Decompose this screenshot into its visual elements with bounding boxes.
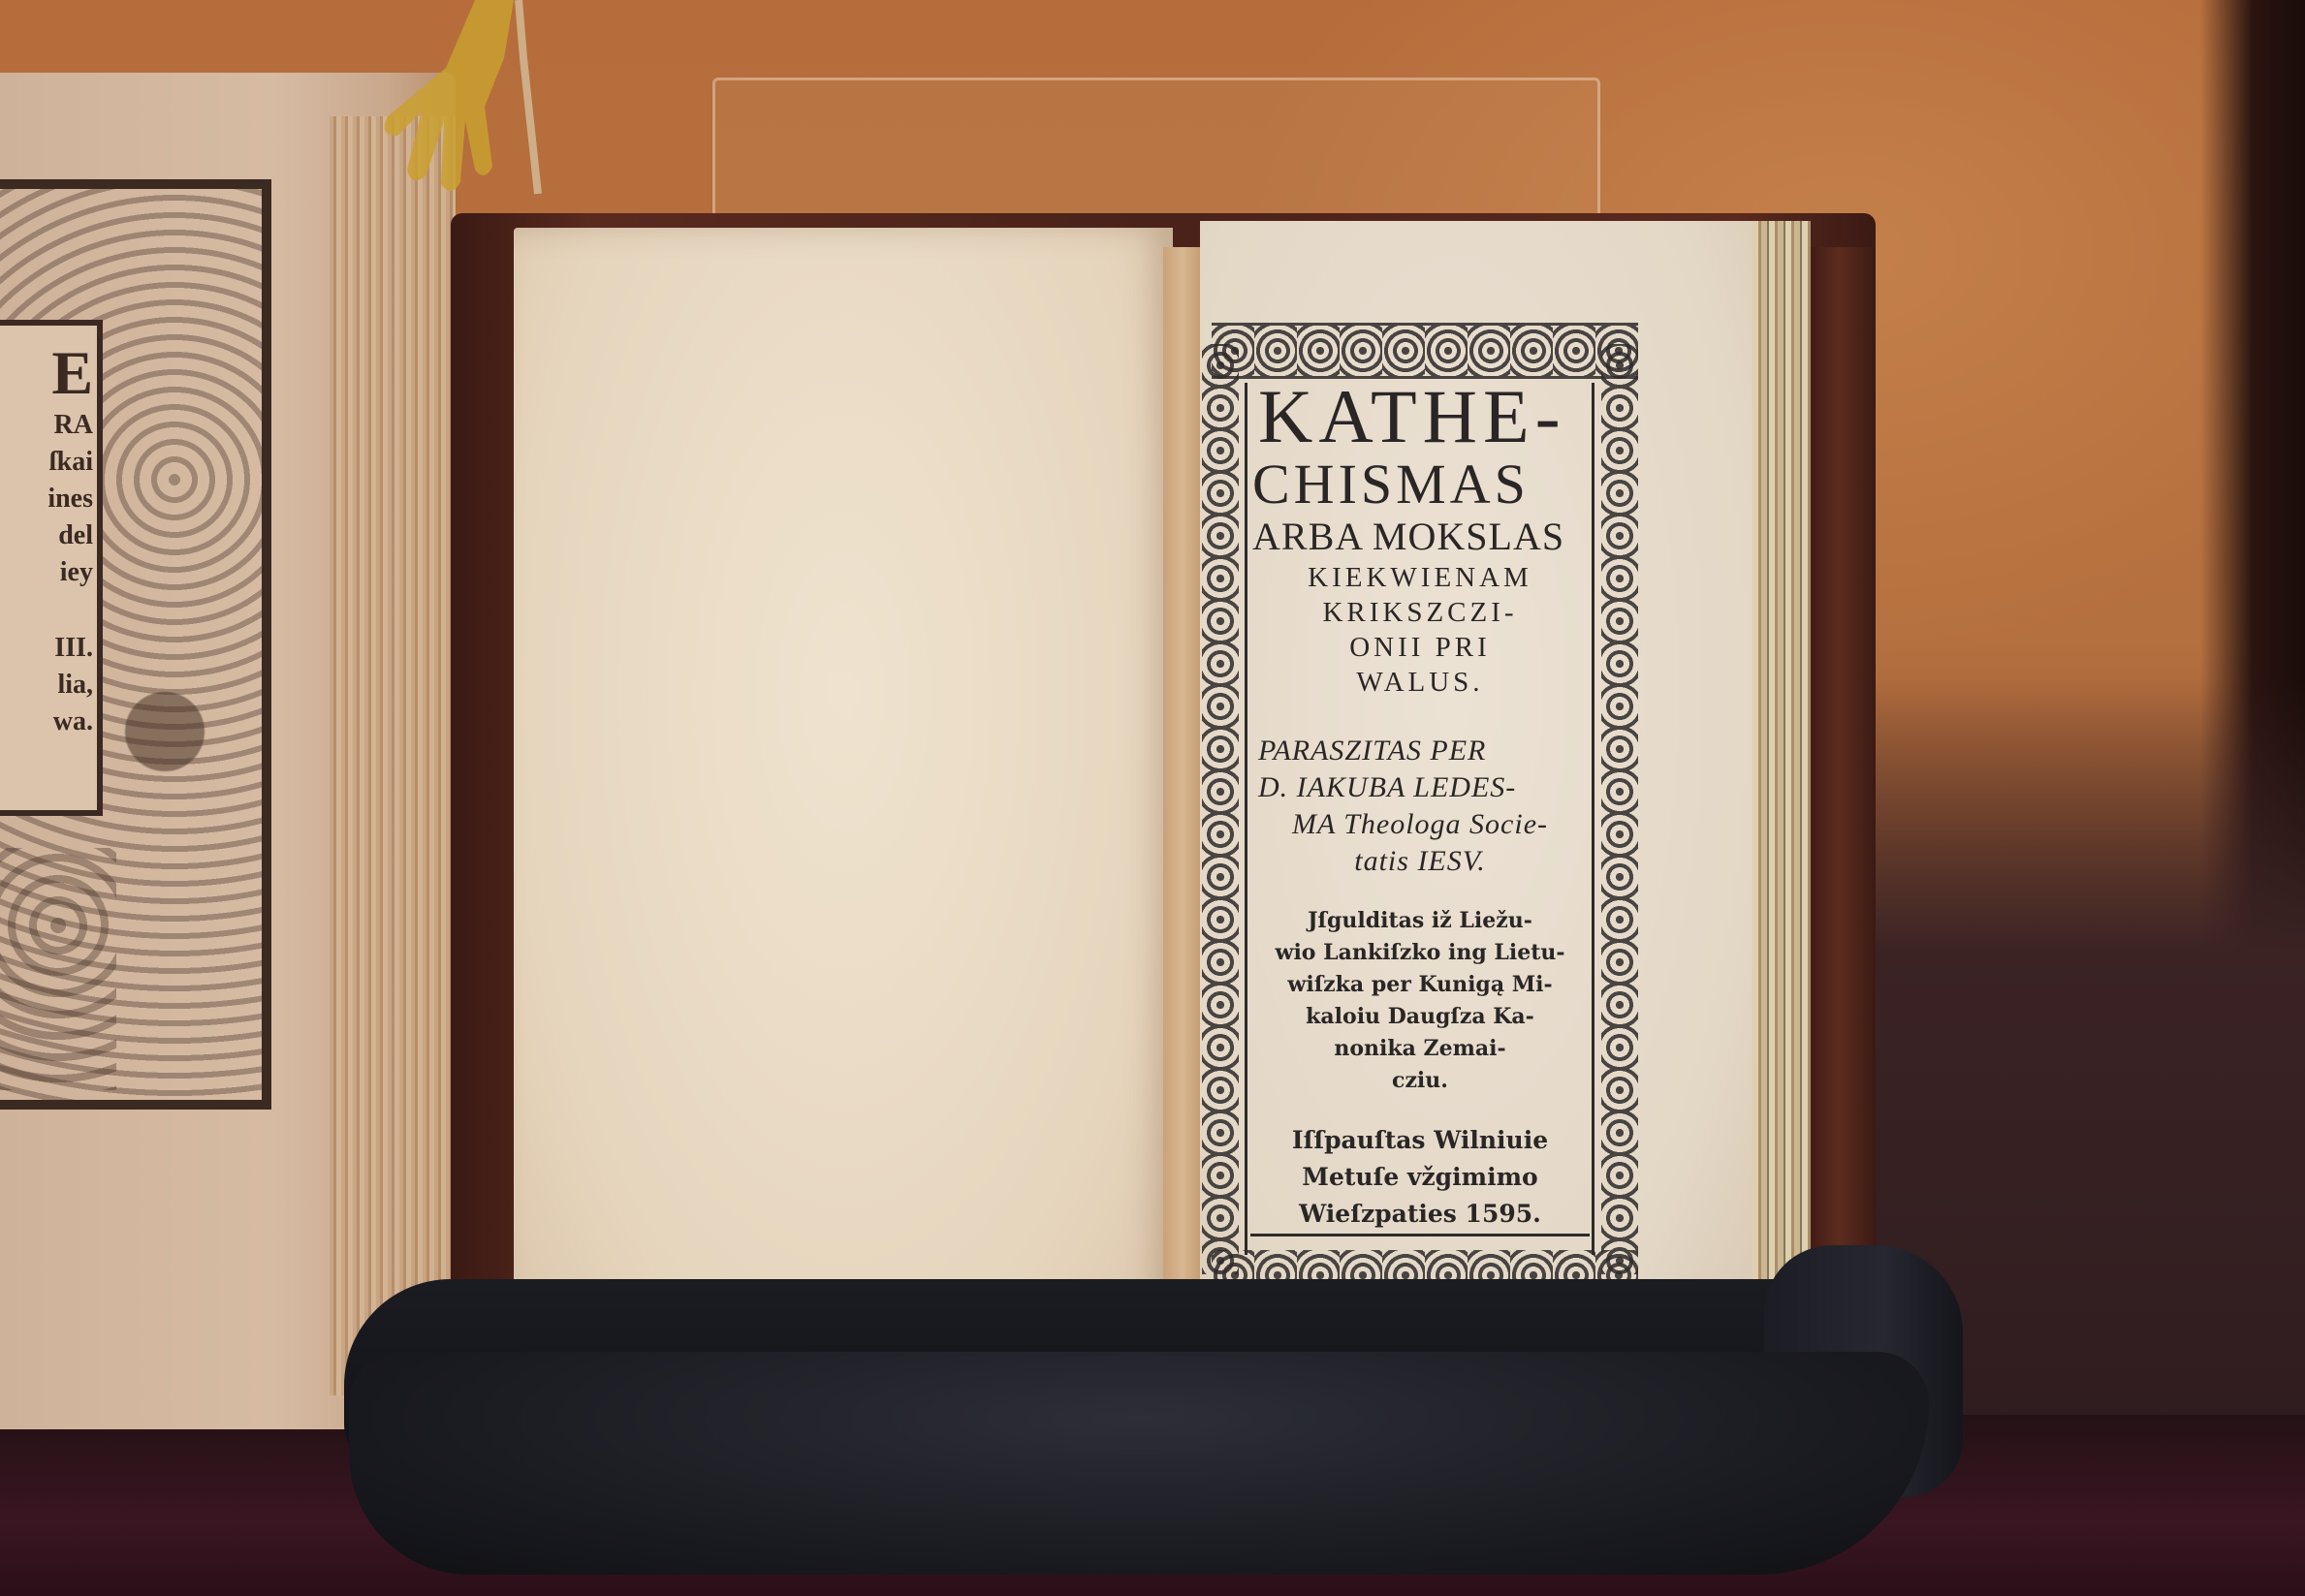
ornament-band-top bbox=[1212, 323, 1638, 379]
left-book-line: RA bbox=[4, 407, 93, 444]
left-book-woodcut-ornament bbox=[0, 848, 116, 1090]
left-book-line: wa. bbox=[4, 704, 93, 740]
blank-left-page bbox=[514, 228, 1173, 1391]
gold-hand-page-holder bbox=[330, 0, 562, 203]
title-page-frame: KATHE- CHISMAS ARBA MOKSLAS KIEKWIENAM K… bbox=[1202, 305, 1662, 1323]
title-line-2: CHISMAS bbox=[1252, 455, 1588, 514]
imprint-line: Metuſe vžgimimo bbox=[1252, 1159, 1588, 1196]
rule-left bbox=[1245, 383, 1247, 1255]
translation-line: nonika Zemai- bbox=[1252, 1033, 1588, 1065]
rule-right bbox=[1592, 383, 1595, 1255]
rule-bottom bbox=[1250, 1234, 1590, 1236]
subtitle-line: WALUS. bbox=[1252, 665, 1588, 700]
book-gutter bbox=[1163, 247, 1202, 1391]
left-book-page-edges bbox=[330, 116, 456, 1395]
left-book-line: E bbox=[4, 339, 93, 407]
translation-line: cziu. bbox=[1252, 1065, 1588, 1097]
left-book-line: iey bbox=[4, 554, 93, 591]
subtitle-line: ONII PRI bbox=[1252, 630, 1588, 665]
title-line-1: KATHE- bbox=[1252, 378, 1588, 455]
left-book-text: E RA ſkai ines del iey III. lia, wa. bbox=[4, 339, 93, 740]
translation-line: wiſzka per Kunigą Mi- bbox=[1252, 969, 1588, 1001]
book-fore-edge bbox=[1752, 221, 1811, 1287]
translation-line: wio Lankiſzko ing Lietu- bbox=[1252, 937, 1588, 969]
title-page-text: KATHE- CHISMAS ARBA MOKSLAS KIEKWIENAM K… bbox=[1252, 378, 1588, 1233]
left-book-line: ſkai bbox=[4, 444, 93, 481]
left-book-line: del bbox=[4, 517, 93, 554]
author-line: MA Theologa Socie- bbox=[1252, 806, 1588, 843]
ornament-border-right bbox=[1601, 344, 1638, 1274]
imprint-line: Wieſzpaties 1595. bbox=[1252, 1196, 1588, 1233]
title-line-3: ARBA MOKSLAS bbox=[1252, 514, 1588, 560]
book-cover-right-edge bbox=[1803, 247, 1876, 1294]
author-line: tatis IESV. bbox=[1252, 843, 1588, 880]
subtitle-line: KRIKSZCZI- bbox=[1252, 595, 1588, 630]
left-book-line: ines bbox=[4, 481, 93, 517]
subtitle-line: KIEKWIENAM bbox=[1252, 560, 1588, 595]
author-line: D. IAKUBA LEDES- bbox=[1252, 769, 1588, 806]
left-book-line: lia, bbox=[4, 667, 93, 704]
imprint-line: Iſſpauſtas Wilniuie bbox=[1252, 1122, 1588, 1159]
translation-line: Jſgulditas iž Liežu- bbox=[1252, 905, 1588, 937]
cushion-front-roll bbox=[349, 1352, 1929, 1575]
translation-line: kaloiu Daugſza Ka- bbox=[1252, 1001, 1588, 1033]
left-book-line: III. bbox=[4, 630, 93, 667]
author-line: PARASZITAS PER bbox=[1252, 733, 1588, 769]
ornament-border-left bbox=[1202, 344, 1239, 1274]
